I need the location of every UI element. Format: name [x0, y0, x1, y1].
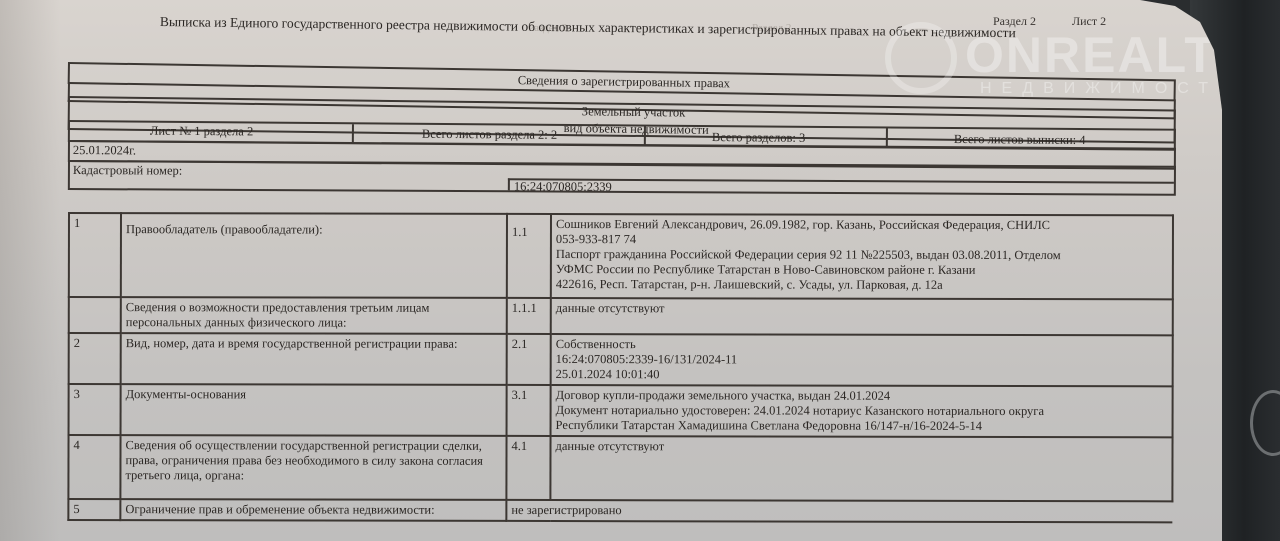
row-number: 5	[68, 499, 120, 520]
row-number: 4	[68, 435, 120, 499]
table-row: Сведения о возможности предоставления тр…	[69, 297, 1173, 335]
row-label: Ограничение прав и обременение объекта н…	[120, 499, 506, 521]
row-value: Договор купли-продажи земельного участка…	[551, 385, 1173, 437]
table-row: 3 Документы-основания 3.1 Договор купли-…	[69, 384, 1173, 437]
passport-line: Паспорт гражданина Российской Федерации …	[556, 247, 1168, 263]
right-type: Собственность	[556, 337, 1168, 353]
value-line: Республики Татарстан Хамадишина Светлана…	[556, 418, 1168, 434]
row-subnumber: 3.1	[507, 385, 551, 436]
value-line: данные отсутствуют	[556, 301, 1168, 317]
passport-issuer-line: УФМС России по Республике Татарстан в Но…	[556, 262, 1168, 278]
total-sheets-section: Всего листов раздела 2: 2	[422, 127, 557, 143]
rights-table: 1 Правообладатель (правообладатели): 1.1…	[67, 212, 1174, 523]
cadastral-number: 16:24:070805:2339	[514, 179, 612, 195]
row-number	[69, 297, 121, 333]
registration-datetime: 25.01.2024 10:01:40	[556, 367, 1168, 383]
row-label: Правообладатель (правообладатели):	[121, 213, 507, 298]
row-label: Сведения о возможности предоставления тр…	[121, 297, 507, 334]
row-label: Вид, номер, дата и время государственной…	[121, 333, 507, 385]
page-shadow	[0, 0, 60, 541]
document-page: Раздел 2 Раздел 2 Раздел 2 Лист 2 Выписк…	[0, 0, 1222, 541]
row-number: 3	[69, 384, 121, 435]
table-row: 2 Вид, номер, дата и время государственн…	[69, 333, 1173, 386]
cadastral-label: Кадастровый номер:	[73, 163, 182, 179]
table-row: 5 Ограничение прав и обременение объекта…	[68, 499, 1172, 522]
row-value: Собственность 16:24:070805:2339-16/131/2…	[551, 334, 1173, 386]
row-number: 2	[69, 333, 121, 384]
cell-divider	[352, 124, 354, 142]
row-value: Сошников Евгений Александрович, 26.09.19…	[551, 214, 1173, 299]
address-line: 422616, Респ. Татарстан, р-н. Лаишевский…	[556, 277, 1168, 293]
cell-divider	[644, 127, 646, 145]
cadastral-row: Кадастровый номер: 16:24:070805:2339	[68, 160, 1176, 196]
cell-divider	[886, 128, 888, 146]
row-value: данные отсутствуют	[550, 436, 1172, 501]
document-title: Выписка из Единого государственного реес…	[160, 14, 1016, 41]
value-line: Документ нотариально удостоверен: 24.01.…	[556, 403, 1168, 419]
row-label: Сведения об осуществлении государственно…	[120, 435, 506, 500]
row-subnumber: 1.1	[507, 214, 551, 298]
total-sections: Всего разделов: 3	[712, 130, 806, 146]
table-row: 4 Сведения об осуществлении государствен…	[68, 435, 1172, 501]
table-row: 1 Правообладатель (правообладатели): 1.1…	[69, 213, 1173, 299]
extract-date: 25.01.2024г.	[73, 143, 136, 158]
row-label: Документы-основания	[121, 384, 507, 436]
row-subnumber: 2.1	[507, 334, 551, 385]
header-sheet: Лист 2	[1072, 14, 1106, 29]
row-subnumber: 4.1	[506, 436, 550, 500]
value-line: Договор купли-продажи земельного участка…	[556, 388, 1168, 404]
value-line: данные отсутствуют	[555, 439, 1167, 455]
row-subnumber: 1.1.1	[507, 298, 551, 334]
row-number: 1	[69, 213, 121, 297]
snils-line: 053-933-817 74	[556, 232, 1168, 248]
registration-number: 16:24:070805:2339-16/131/2024-11	[556, 352, 1168, 368]
object-type: Земельный участок	[582, 104, 686, 120]
row-value: данные отсутствуют	[551, 298, 1173, 335]
owner-name-line: Сошников Евгений Александрович, 26.09.19…	[556, 217, 1168, 233]
sheet-number: Лист № 1 раздела 2	[150, 124, 253, 140]
row-value: не зарегистрировано	[506, 500, 1172, 522]
